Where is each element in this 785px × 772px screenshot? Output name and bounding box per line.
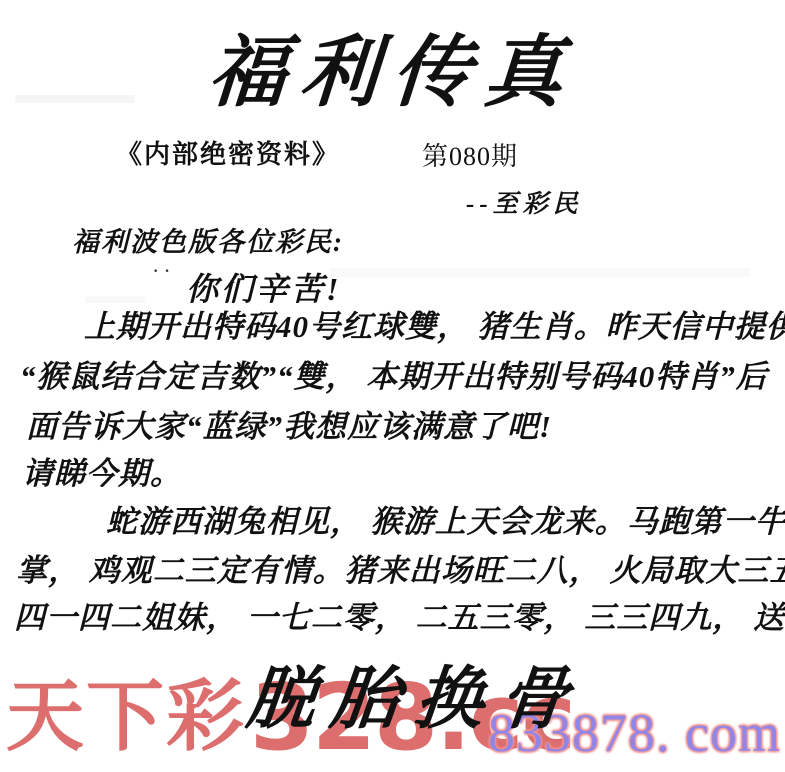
issue-number: 第080期 [422,136,518,173]
page-title: 福利传真 [0,30,785,116]
bottom-slogan: 脱胎换骨 [243,645,589,742]
salutation-line: 福利波色版各位彩民: [72,220,344,259]
verse-line-1: 蛇游西湖兔相见， 猴游上天会龙来。马跑第一牛鼓 [106,503,785,540]
paragraph-line-2: “猴鼠结合定吉数”“雙， 本期开出特别号码40特肖”后 [20,358,768,395]
fax-sheet-page: 福利传真 《内部绝密资料》 第080期 --至彩民 福利波色版各位彩民: ·· … [0,0,785,772]
verse-line-3: 四一四二姐妹， 一七二零， 二五三零， 三三四九， 送: 蓝红 [14,599,785,636]
scan-artifact [330,268,750,277]
verse-line-2: 掌， 鸡观二三定有情。猪来出场旺二八， 火局取大三五七。 [16,552,785,589]
paragraph-line-3: 面告诉大家“蓝绿”我想应该满意了吧! [26,408,552,445]
dedication-line: --至彩民 [466,184,583,220]
watermark-tianxiacai: 天下彩 [6,678,246,756]
greeting-dots-mark: ·· [152,258,175,284]
scan-artifact [85,296,145,303]
paragraph-line-1: 上期开出特码40号红球雙， 猪生肖。昨天信中提供 [84,308,785,345]
source-label: 《内部绝密资料》 [116,134,340,171]
paragraph-line-4: 请睇今期。 [22,455,182,492]
greeting-line: 你们辛苦! [186,264,341,310]
